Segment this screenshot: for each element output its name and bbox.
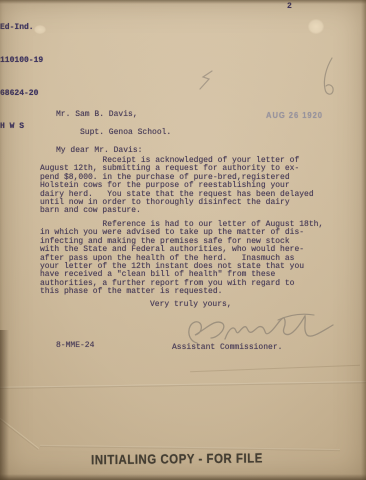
file-code-line: Ed-Ind.	[0, 22, 366, 33]
signer-title: Assistant Commissioner.	[172, 343, 282, 352]
pencil-mark	[320, 56, 338, 100]
pencil-mark	[197, 69, 219, 93]
paper-crease	[190, 365, 360, 373]
paper-crease	[0, 381, 366, 389]
recipient-title: Supt. Genoa School.	[80, 128, 171, 137]
scan-edge	[361, 0, 366, 480]
file-code-line: H W S	[0, 121, 366, 132]
scan-edge	[0, 474, 366, 480]
file-code-line: 68624-20	[0, 88, 366, 99]
file-header-codes: Ed-Ind. 110100-19 68624-20 H W S	[0, 0, 366, 154]
file-code-line: 110100-19	[0, 55, 366, 66]
recipient-name: Mr. Sam B. Davis,	[56, 110, 138, 119]
stenographer-code: 8-MME-24	[56, 341, 94, 350]
salutation: My dear Mr. Davis:	[56, 146, 142, 155]
body-paragraph-2: Reference is had to our letter of August…	[40, 221, 340, 297]
closing-line: Very truly yours,	[150, 300, 232, 309]
scanned-letter-page: 2 Ed-Ind. 110100-19 68624-20 H W S AUG 2…	[0, 0, 366, 480]
body-paragraph-1: Receipt is acknowledged of your letter o…	[40, 157, 340, 216]
received-date-stamp: AUG 26 1920	[266, 111, 323, 120]
scan-edge	[0, 0, 366, 4]
scan-edge	[0, 330, 9, 480]
initialing-copy-stamp: INITIALING COPY - FOR FILE	[91, 450, 263, 467]
